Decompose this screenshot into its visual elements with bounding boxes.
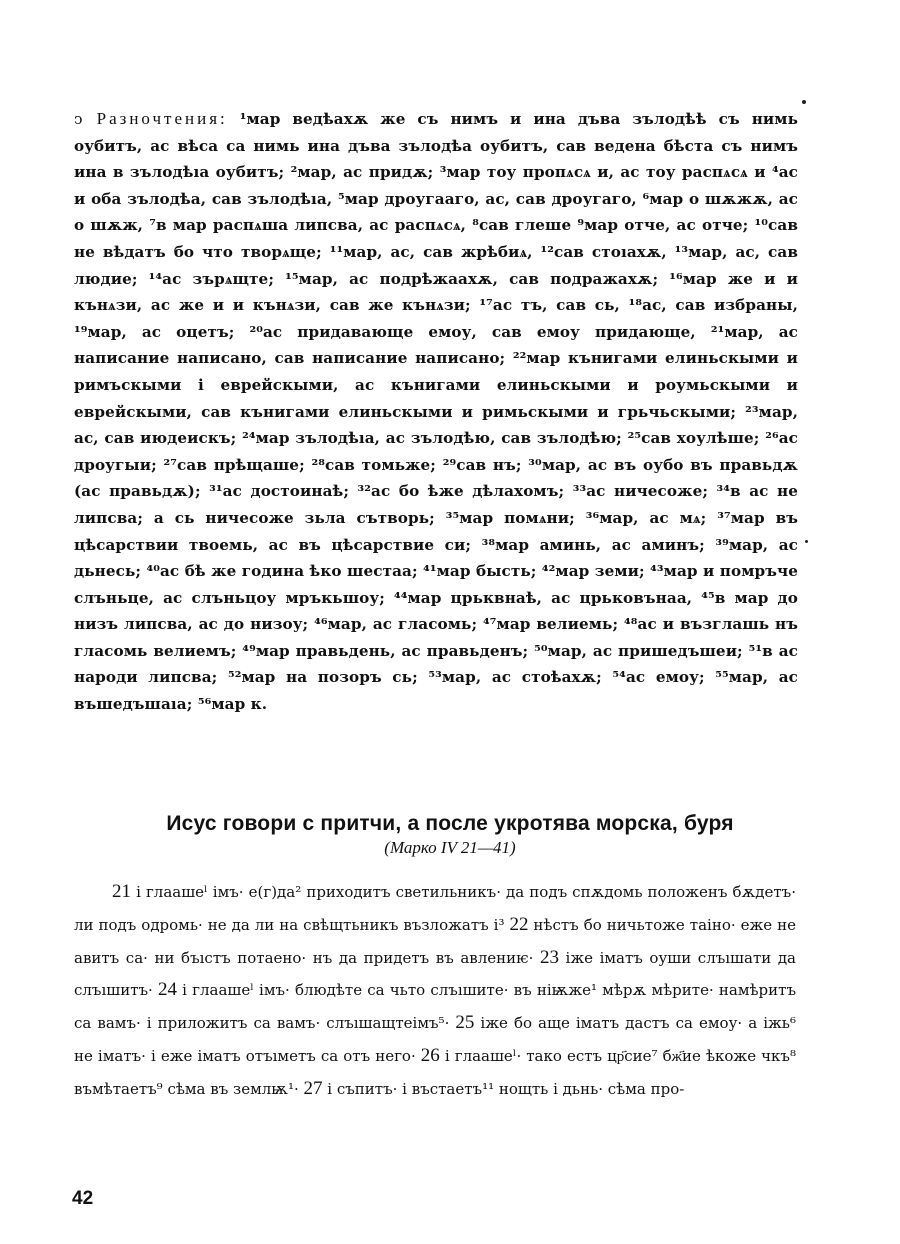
section-reference: (Марко IV 21—41) (0, 838, 900, 858)
scan-speck (802, 100, 806, 104)
verse-number: 23 (540, 947, 559, 968)
verse-number: 22 (509, 914, 528, 935)
verse-number: 25 (455, 1012, 474, 1033)
verse-number: 26 (421, 1045, 440, 1066)
book-page: ͻРазночтения: ¹мар ведѣахѫ же съ нимъ и … (0, 0, 900, 1244)
church-slavonic-text: 21 і глаашеˡ імъ· е(г)да² приходитъ свет… (74, 876, 796, 1106)
margin-mark: ͻ (74, 110, 83, 128)
section-title: Исус говори с притчи, а после укротява м… (0, 812, 900, 836)
variant-readings-text: ¹мар ведѣахѫ же съ нимъ и ина дъва зълод… (74, 110, 798, 713)
variant-readings-block: ͻРазночтения: ¹мар ведѣахѫ же съ нимъ и … (74, 106, 798, 718)
verse-text: і съпитъ· і въстаетъ¹¹ нощть і дьнь· сѣм… (323, 1080, 685, 1098)
variant-readings-label: Разночтения: (97, 109, 228, 128)
verse-number: 21 (112, 881, 131, 902)
page-number: 42 (72, 1188, 93, 1210)
verse-number: 27 (304, 1078, 323, 1099)
scan-speck (805, 540, 808, 543)
verse-number: 24 (158, 979, 177, 1000)
